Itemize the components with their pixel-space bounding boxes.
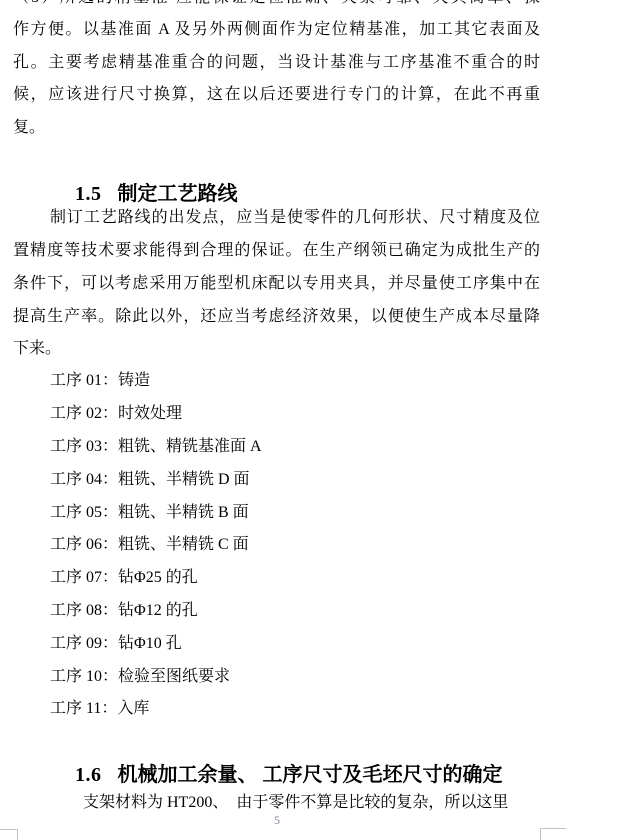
process-step: 工序 10：检验至图纸要求 (50, 668, 230, 685)
document-page: （5）所选的精基准 应能保证定位准确、夹紧可靠、夹具简单、操 作方便。以基准面 … (0, 0, 617, 840)
body-line: 下来。 (13, 340, 61, 357)
process-step: 工序 05：粗铣、半精铣 B 面 (50, 504, 249, 521)
section-number: 1.5 (75, 183, 102, 205)
text-boundary-mark-left-vertical (17, 829, 18, 840)
intro-paragraph-line: 复。 (13, 119, 45, 136)
page-number: 5 (274, 814, 280, 826)
process-step: 工序 03：粗铣、精铣基准面 A (50, 438, 262, 455)
text-boundary-mark-left-horizontal (0, 829, 18, 830)
text-boundary-mark-right-horizontal (540, 828, 566, 829)
intro-paragraph-line: 作方便。以基准面 A 及另外两侧面作为定位精基准，加工其它表面及 (13, 21, 540, 38)
body-line: 支架材料为 HT200、 由于零件不算是比较的复杂，所以这里 (83, 794, 508, 811)
body-line: 制订工艺路线的出发点，应当是使零件的几何形状、尺寸精度及位 (50, 209, 540, 226)
process-step: 工序 09：钻Φ10 孔 (50, 635, 182, 652)
section-number: 1.6 (75, 764, 102, 786)
section-title: 机械加工余量、 工序尺寸及毛坯尺寸的确定 (118, 764, 503, 786)
text-boundary-mark-right-vertical (540, 828, 541, 840)
process-step: 工序 08：钻Φ12 的孔 (50, 602, 198, 619)
process-step: 工序 07：钻Φ25 的孔 (50, 569, 198, 586)
body-line: 提高生产率。除此以外，还应当考虑经济效果，以便使生产成本尽量降 (13, 308, 540, 325)
process-step: 工序 01：铸造 (50, 372, 150, 389)
body-line: 条件下，可以考虑采用万能型机床配以专用夹具，并尽量使工序集中在 (13, 275, 540, 292)
intro-paragraph-line: （5）所选的精基准 应能保证定位准确、夹紧可靠、夹具简单、操 (13, 0, 540, 6)
process-step: 工序 02：时效处理 (50, 405, 182, 422)
process-step: 工序 11：入库 (50, 700, 149, 717)
section-title: 制定工艺路线 (118, 183, 238, 205)
intro-paragraph-line: 孔。主要考虑精基准重合的问题，当设计基准与工序基准不重合的时 (13, 54, 540, 71)
process-step: 工序 06：粗铣、半精铣 C 面 (50, 536, 249, 553)
body-line: 置精度等技术要求能得到合理的保证。在生产纲领已确定为成批生产的 (13, 242, 540, 259)
process-step: 工序 04：粗铣、半精铣 D 面 (50, 471, 250, 488)
intro-paragraph-line: 候，应该进行尺寸换算，这在以后还要进行专门的计算，在此不再重 (13, 86, 540, 103)
